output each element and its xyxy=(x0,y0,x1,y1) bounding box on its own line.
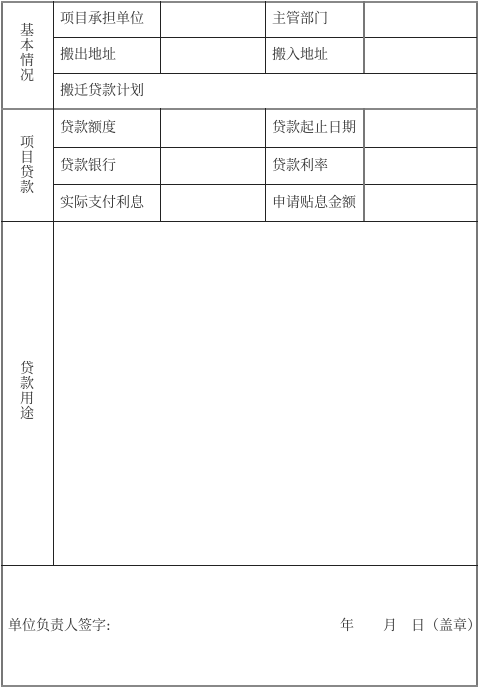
label-lending-bank: 贷款银行 xyxy=(60,158,116,174)
col-divider xyxy=(265,1,266,73)
field-loan-purpose[interactable] xyxy=(54,222,476,565)
section-title-loan-purpose: 贷款用途 xyxy=(19,362,35,422)
section-title-basic-info: 基本情况 xyxy=(19,24,35,84)
label-actual-interest-paid: 实际支付利息 xyxy=(60,195,144,211)
date-year-label: 年 xyxy=(340,618,354,634)
label-loan-amount: 贷款额度 xyxy=(60,120,116,136)
loan-interest-subsidy-form: 基本情况 项目承担单位 主管部门 搬出地址 搬入地址 搬迁贷款计划 项目贷款 贷… xyxy=(0,0,479,687)
field-loan-amount[interactable] xyxy=(161,110,265,147)
section-divider xyxy=(1,565,478,566)
field-actual-interest-paid[interactable] xyxy=(161,185,265,221)
label-loan-period: 贷款起止日期 xyxy=(272,120,356,136)
border-right xyxy=(476,1,478,686)
date-day-seal-label: 日（盖章） xyxy=(411,618,479,634)
section-title-project-loan: 项目贷款 xyxy=(19,136,35,196)
label-move-in-address: 搬入地址 xyxy=(272,47,328,63)
field-relocation-loan-plan[interactable] xyxy=(161,74,476,108)
col-divider xyxy=(265,108,266,221)
date-month-label: 月 xyxy=(383,618,397,634)
label-undertaking-unit: 项目承担单位 xyxy=(60,11,144,27)
signature-field[interactable] xyxy=(120,605,320,645)
signature-label: 单位负责人签字: xyxy=(8,618,111,634)
field-interest-rate[interactable] xyxy=(365,148,476,184)
field-loan-period[interactable] xyxy=(365,110,476,147)
field-lending-bank[interactable] xyxy=(161,148,265,184)
label-subsidy-amount-requested: 申请贴息金额 xyxy=(272,195,356,211)
label-supervising-department: 主管部门 xyxy=(272,11,328,27)
label-relocation-loan-plan: 搬迁贷款计划 xyxy=(60,83,144,99)
field-subsidy-amount-requested[interactable] xyxy=(365,185,476,221)
label-interest-rate: 贷款利率 xyxy=(272,158,328,174)
border-left xyxy=(1,1,3,686)
field-move-in-address[interactable] xyxy=(365,38,476,73)
label-move-out-address: 搬出地址 xyxy=(60,47,116,63)
field-supervising-department[interactable] xyxy=(365,2,476,37)
field-undertaking-unit[interactable] xyxy=(161,2,265,37)
field-move-out-address[interactable] xyxy=(161,38,265,73)
